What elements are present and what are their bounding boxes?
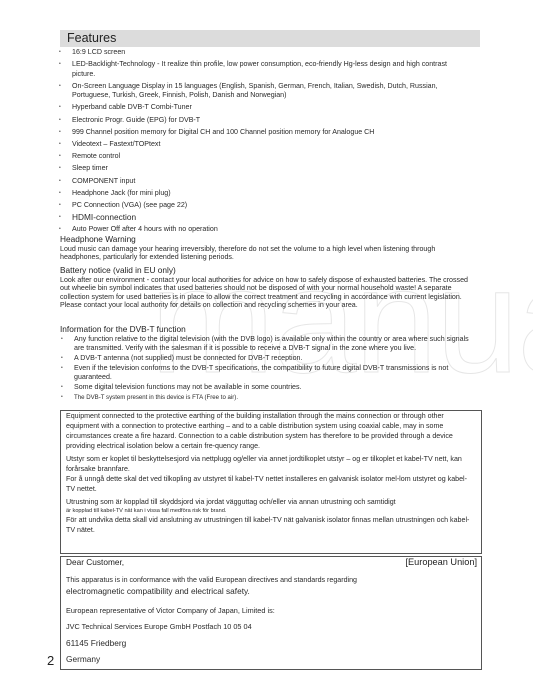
- feature-item: COMPONENT input: [58, 177, 458, 186]
- features-list: 16:9 LCD screen LED-Backlight-Technology…: [58, 48, 458, 238]
- dvbt-item: Some digital television functions may no…: [60, 383, 470, 392]
- eu-conformance-box: Dear Customer, [European Union] This app…: [60, 556, 482, 670]
- earthing-text-english: Equipment connected to the protective ea…: [61, 411, 481, 451]
- features-title: Features: [67, 30, 116, 47]
- address-line-1: JVC Technical Services Europe GmbH Postf…: [61, 619, 481, 635]
- feature-item: On-Screen Language Display in 15 languag…: [58, 82, 458, 101]
- address-line-2: 61145 Friedberg: [61, 635, 481, 651]
- dvbt-info: Information for the DVB-T function Any f…: [60, 325, 470, 403]
- conformance-line-1: This apparatus is in conformance with th…: [61, 575, 481, 586]
- region-label: [European Union]: [405, 557, 477, 567]
- dvbt-item: A DVB-T antenna (not supplied) must be c…: [60, 354, 470, 363]
- feature-item: Electronic Progr. Guide (EPG) for DVB-T: [58, 116, 458, 125]
- earthing-text-norwegian-2: For å unngå dette skal det ved tilkoplin…: [61, 474, 481, 494]
- feature-item: HDMI-connection: [58, 213, 458, 222]
- feature-item: PC Connection (VGA) (see page 22): [58, 201, 458, 210]
- address-line-3: Germany: [61, 651, 481, 667]
- earthing-text-swedish-1a: Utrustning som är kopplad till skyddsjor…: [61, 497, 481, 507]
- eu-box-header: Dear Customer, [European Union]: [61, 557, 481, 567]
- battery-notice-title: Battery notice (valid in EU only): [60, 266, 470, 276]
- dvbt-info-list: Any function relative to the digital tel…: [60, 335, 470, 403]
- representative-text: European representative of Victor Compan…: [61, 603, 481, 619]
- feature-item: Sleep timer: [58, 164, 458, 173]
- conformance-line-2: electromagnetic compatibility and electr…: [61, 586, 481, 597]
- battery-notice-text: Look after our environment - contact you…: [60, 276, 470, 310]
- headphone-warning-text: Loud music can damage your hearing irrev…: [60, 245, 470, 262]
- dvbt-info-title: Information for the DVB-T function: [60, 325, 470, 335]
- earthing-warning-box: Equipment connected to the protective ea…: [60, 410, 482, 554]
- feature-item: Videotext – Fastext/TOPtext: [58, 140, 458, 149]
- feature-item: 16:9 LCD screen: [58, 48, 458, 57]
- battery-notice: Battery notice (valid in EU only) Look a…: [60, 266, 470, 310]
- headphone-warning-title: Headphone Warning: [60, 235, 470, 245]
- feature-item: Hyperband cable DVB-T Combi-Tuner: [58, 103, 458, 112]
- dvbt-item: Any function relative to the digital tel…: [60, 335, 470, 354]
- dvbt-item: Even if the television conforms to the D…: [60, 364, 470, 383]
- headphone-warning: Headphone Warning Loud music can damage …: [60, 235, 470, 262]
- feature-item: Headphone Jack (for mini plug): [58, 189, 458, 198]
- earthing-text-swedish-2: För att undvika detta skall vid anslutni…: [61, 515, 481, 535]
- dvbt-item: The DVB-T system present in this device …: [60, 393, 470, 402]
- feature-item: Remote control: [58, 152, 458, 161]
- features-header: Features: [60, 30, 480, 47]
- feature-item: LED-Backlight-Technology - It realize th…: [58, 60, 458, 79]
- earthing-text-swedish-1b: är kopplad till kabel-TV nät kan i vissa…: [61, 507, 481, 515]
- feature-item: 999 Channel position memory for Digital …: [58, 128, 458, 137]
- page-number: 2: [47, 653, 54, 668]
- greeting: Dear Customer,: [66, 557, 124, 567]
- earthing-text-norwegian-1: Utstyr som er koplet til beskyttelsesjor…: [61, 454, 481, 474]
